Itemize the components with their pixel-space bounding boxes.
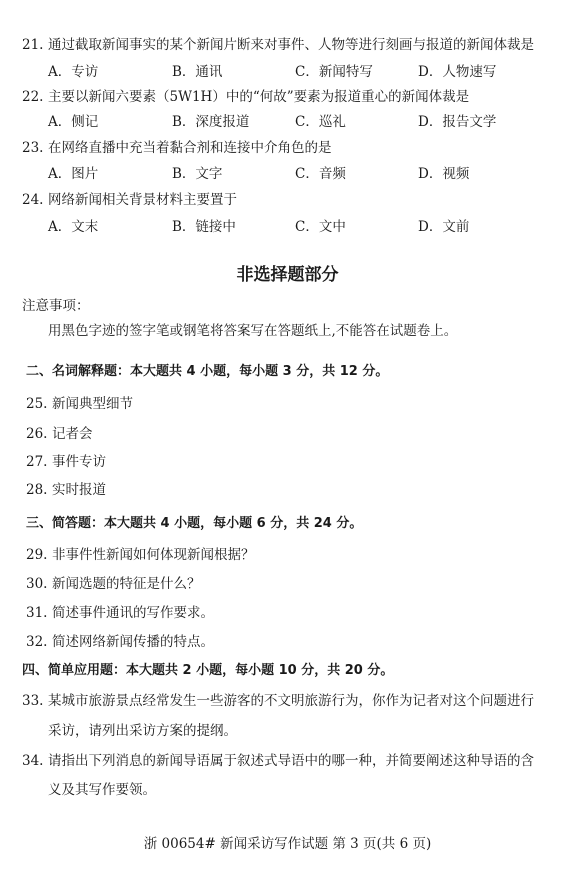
question-number: 22. [22, 88, 48, 106]
question-number: 24. [22, 191, 48, 209]
option-d: D．报告文学 [418, 113, 496, 131]
section-title: 非选择题部分 [0, 260, 575, 285]
question-29: 29.非事件性新闻如何体现新闻根据？ [26, 546, 255, 564]
question-number: 34. [22, 752, 48, 770]
question-text: 在网络直播中充当着黏合剂和连接中介角色的是 [48, 140, 332, 156]
question-26: 26.记者会 [26, 425, 93, 443]
option-a: A．文末 [48, 218, 98, 236]
option-c: C．巡礼 [295, 113, 346, 131]
question-text: 实时报道 [52, 482, 106, 498]
option-d: D．文前 [418, 218, 469, 236]
question-33-continuation: 采访，请列出采访方案的提纲。 [48, 722, 237, 740]
question-text: 简述事件通讯的写作要求。 [52, 605, 214, 621]
question-34-continuation: 义及其写作要领。 [48, 781, 156, 799]
question-text: 某城市旅游景点经常发生一些游客的不文明旅游行为，你作为记者对这个问题进行 [48, 693, 534, 709]
question-25: 25.新闻典型细节 [26, 395, 133, 413]
question-number: 32. [26, 633, 52, 651]
question-number: 26. [26, 425, 52, 443]
question-text: 非事件性新闻如何体现新闻根据？ [52, 547, 255, 563]
option-b: B．文字 [172, 165, 222, 183]
option-d: D．视频 [418, 165, 469, 183]
question-27: 27.事件专访 [26, 453, 106, 471]
option-d: D．人物速写 [418, 63, 496, 81]
question-number: 29. [26, 546, 52, 564]
question-number: 23. [22, 139, 48, 157]
option-c: C．新闻特写 [295, 63, 373, 81]
question-text: 新闻选题的特征是什么？ [52, 576, 201, 592]
question-text: 通过截取新闻事实的某个新闻片断来对事件、人物等进行刻画与报道的新闻体裁是 [48, 37, 534, 53]
question-text: 事件专访 [52, 454, 106, 470]
question-number: 33. [22, 692, 48, 710]
question-number: 21. [22, 36, 48, 54]
notice-text: 用黑色字迹的签字笔或钢笔将答案写在答题纸上,不能答在试题卷上。 [48, 322, 457, 340]
part2-heading: 二、名词解释题：本大题共 4 小题，每小题 3 分，共 12 分。 [26, 363, 388, 381]
question-number: 31. [26, 604, 52, 622]
question-text: 请指出下列消息的新闻导语属于叙述式导语中的哪一种，并简要阐述这种导语的含 [48, 753, 534, 769]
question-number: 27. [26, 453, 52, 471]
question-28: 28.实时报道 [26, 481, 106, 499]
question-text: 主要以新闻六要素（5W1H）中的“何故”要素为报道重心的新闻体裁是 [48, 89, 469, 105]
question-30: 30.新闻选题的特征是什么？ [26, 575, 201, 593]
question-34: 34.请指出下列消息的新闻导语属于叙述式导语中的哪一种，并简要阐述这种导语的含 [22, 752, 534, 770]
option-a: A．侧记 [48, 113, 98, 131]
option-b: B．链接中 [172, 218, 236, 236]
question-31: 31.简述事件通讯的写作要求。 [26, 604, 214, 622]
option-a: A．图片 [48, 165, 98, 183]
question-number: 25. [26, 395, 52, 413]
option-c: C．音频 [295, 165, 346, 183]
notice-label: 注意事项： [22, 297, 90, 315]
question-number: 28. [26, 481, 52, 499]
question-text: 记者会 [52, 426, 93, 442]
question-number: 30. [26, 575, 52, 593]
page-footer: 浙 00654# 新闻采访写作试题 第 3 页(共 6 页) [0, 832, 575, 852]
option-c: C．文中 [295, 218, 346, 236]
option-a: A．专访 [48, 63, 98, 81]
question-33: 33.某城市旅游景点经常发生一些游客的不文明旅游行为，你作为记者对这个问题进行 [22, 692, 534, 710]
option-b: B．深度报道 [172, 113, 249, 131]
question-text: 简述网络新闻传播的特点。 [52, 634, 214, 650]
part4-heading: 四、简单应用题：本大题共 2 小题，每小题 10 分，共 20 分。 [22, 662, 393, 680]
question-text: 网络新闻相关背景材料主要置于 [48, 192, 237, 208]
question-32: 32.简述网络新闻传播的特点。 [26, 633, 214, 651]
option-b: B．通讯 [172, 63, 222, 81]
part3-heading: 三、简答题：本大题共 4 小题，每小题 6 分，共 24 分。 [26, 515, 362, 533]
question-text: 新闻典型细节 [52, 396, 133, 412]
